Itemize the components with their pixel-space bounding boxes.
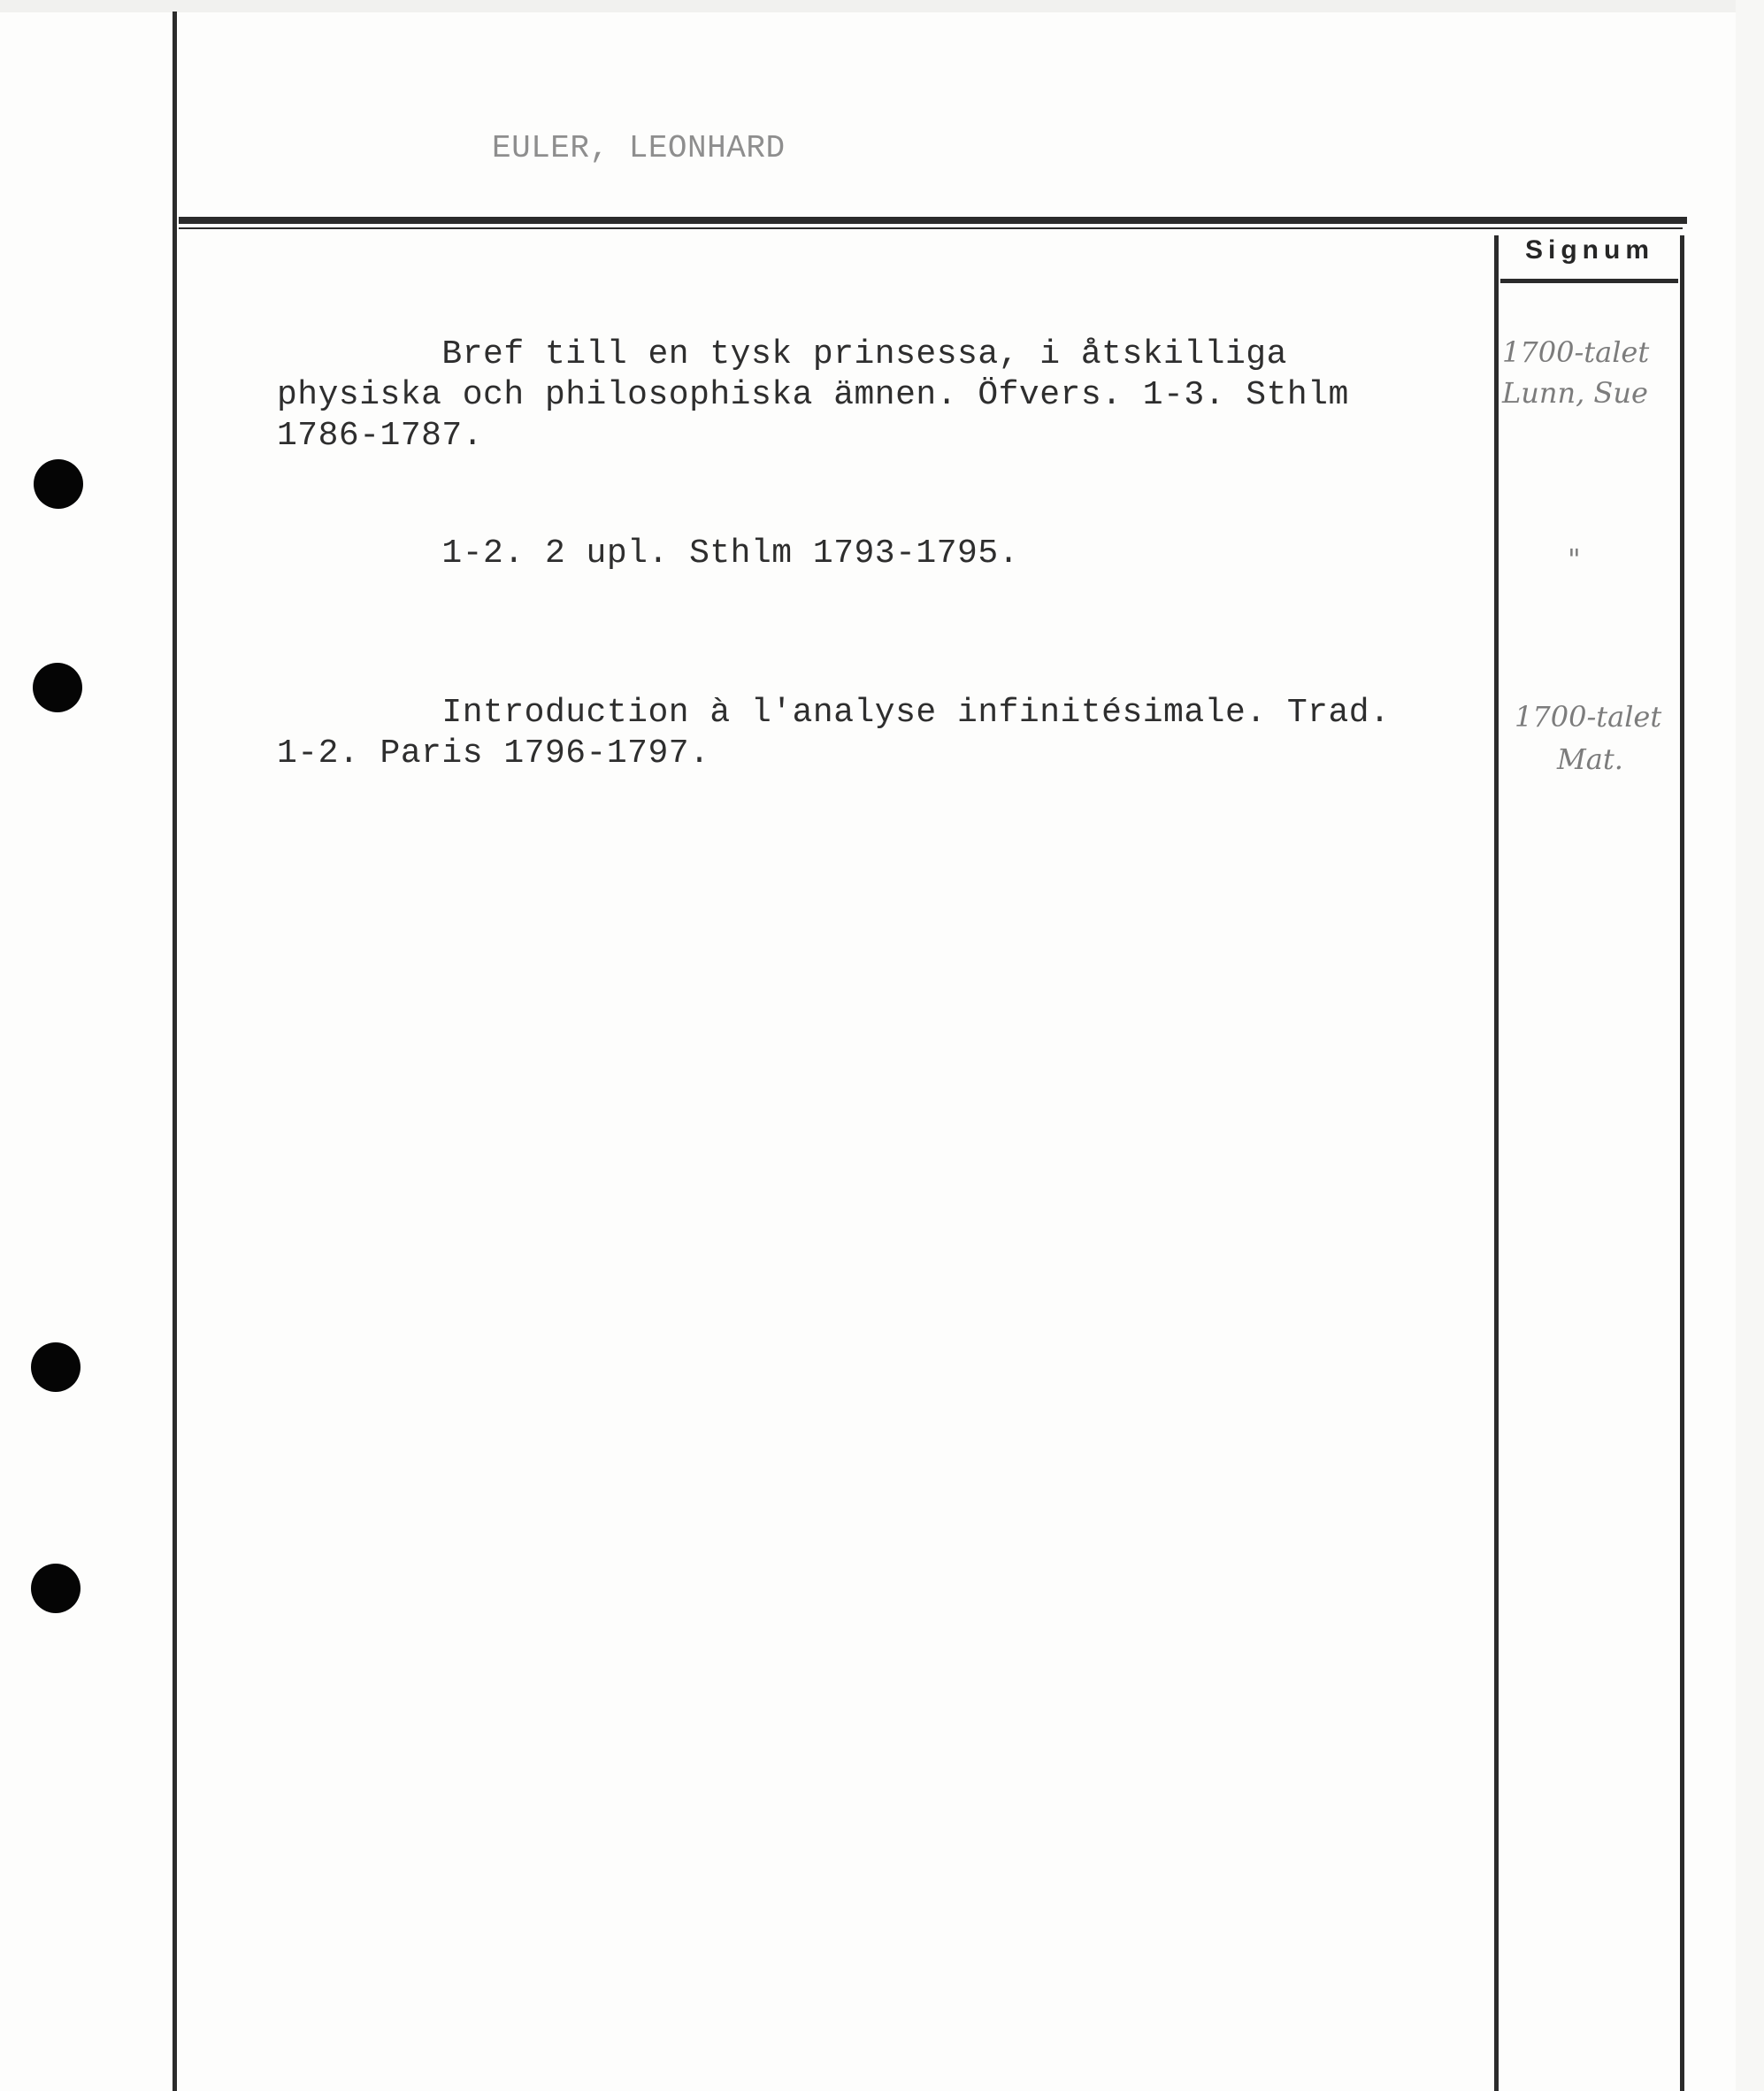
punch-hole — [34, 459, 83, 509]
header-thin-rule — [179, 227, 1683, 229]
entry-text-line: 1786-1787. — [277, 416, 483, 457]
signum-handwritten: 1700-talet — [1502, 334, 1649, 370]
entry-text-line: 1-2. Paris 1796-1797. — [277, 734, 709, 774]
punch-hole — [33, 663, 82, 712]
signum-handwritten: 1700-talet — [1515, 699, 1661, 734]
entry-text-line: 1-2. 2 upl. Sthlm 1793-1795. — [277, 534, 1019, 574]
signum-column-header: Signum — [1499, 235, 1681, 265]
signum-handwritten: Lunn, Sue — [1502, 375, 1648, 411]
signum-ditto-mark: " — [1568, 542, 1581, 577]
punch-hole — [31, 1564, 81, 1613]
signum-column-left-rule — [1494, 235, 1499, 2091]
signum-column-right-rule — [1680, 235, 1684, 2091]
author-heading: EULER, LEONHARD — [492, 128, 786, 169]
left-margin-rule — [173, 12, 177, 2091]
scan-top-edge — [0, 0, 1764, 12]
entry-text-line: Bref till en tysk prinsessa, i åtskillig… — [277, 334, 1287, 375]
signum-handwritten: Mat. — [1557, 742, 1623, 777]
header-thick-rule — [179, 217, 1687, 224]
signum-header-rule — [1500, 279, 1678, 283]
entry-text-line: physiska och philosophiska ämnen. Öfvers… — [277, 375, 1349, 416]
entry-text-line: Introduction à l'analyse infinitésimale.… — [277, 693, 1390, 734]
scan-right-edge — [1736, 0, 1764, 2091]
punch-hole — [31, 1342, 81, 1392]
